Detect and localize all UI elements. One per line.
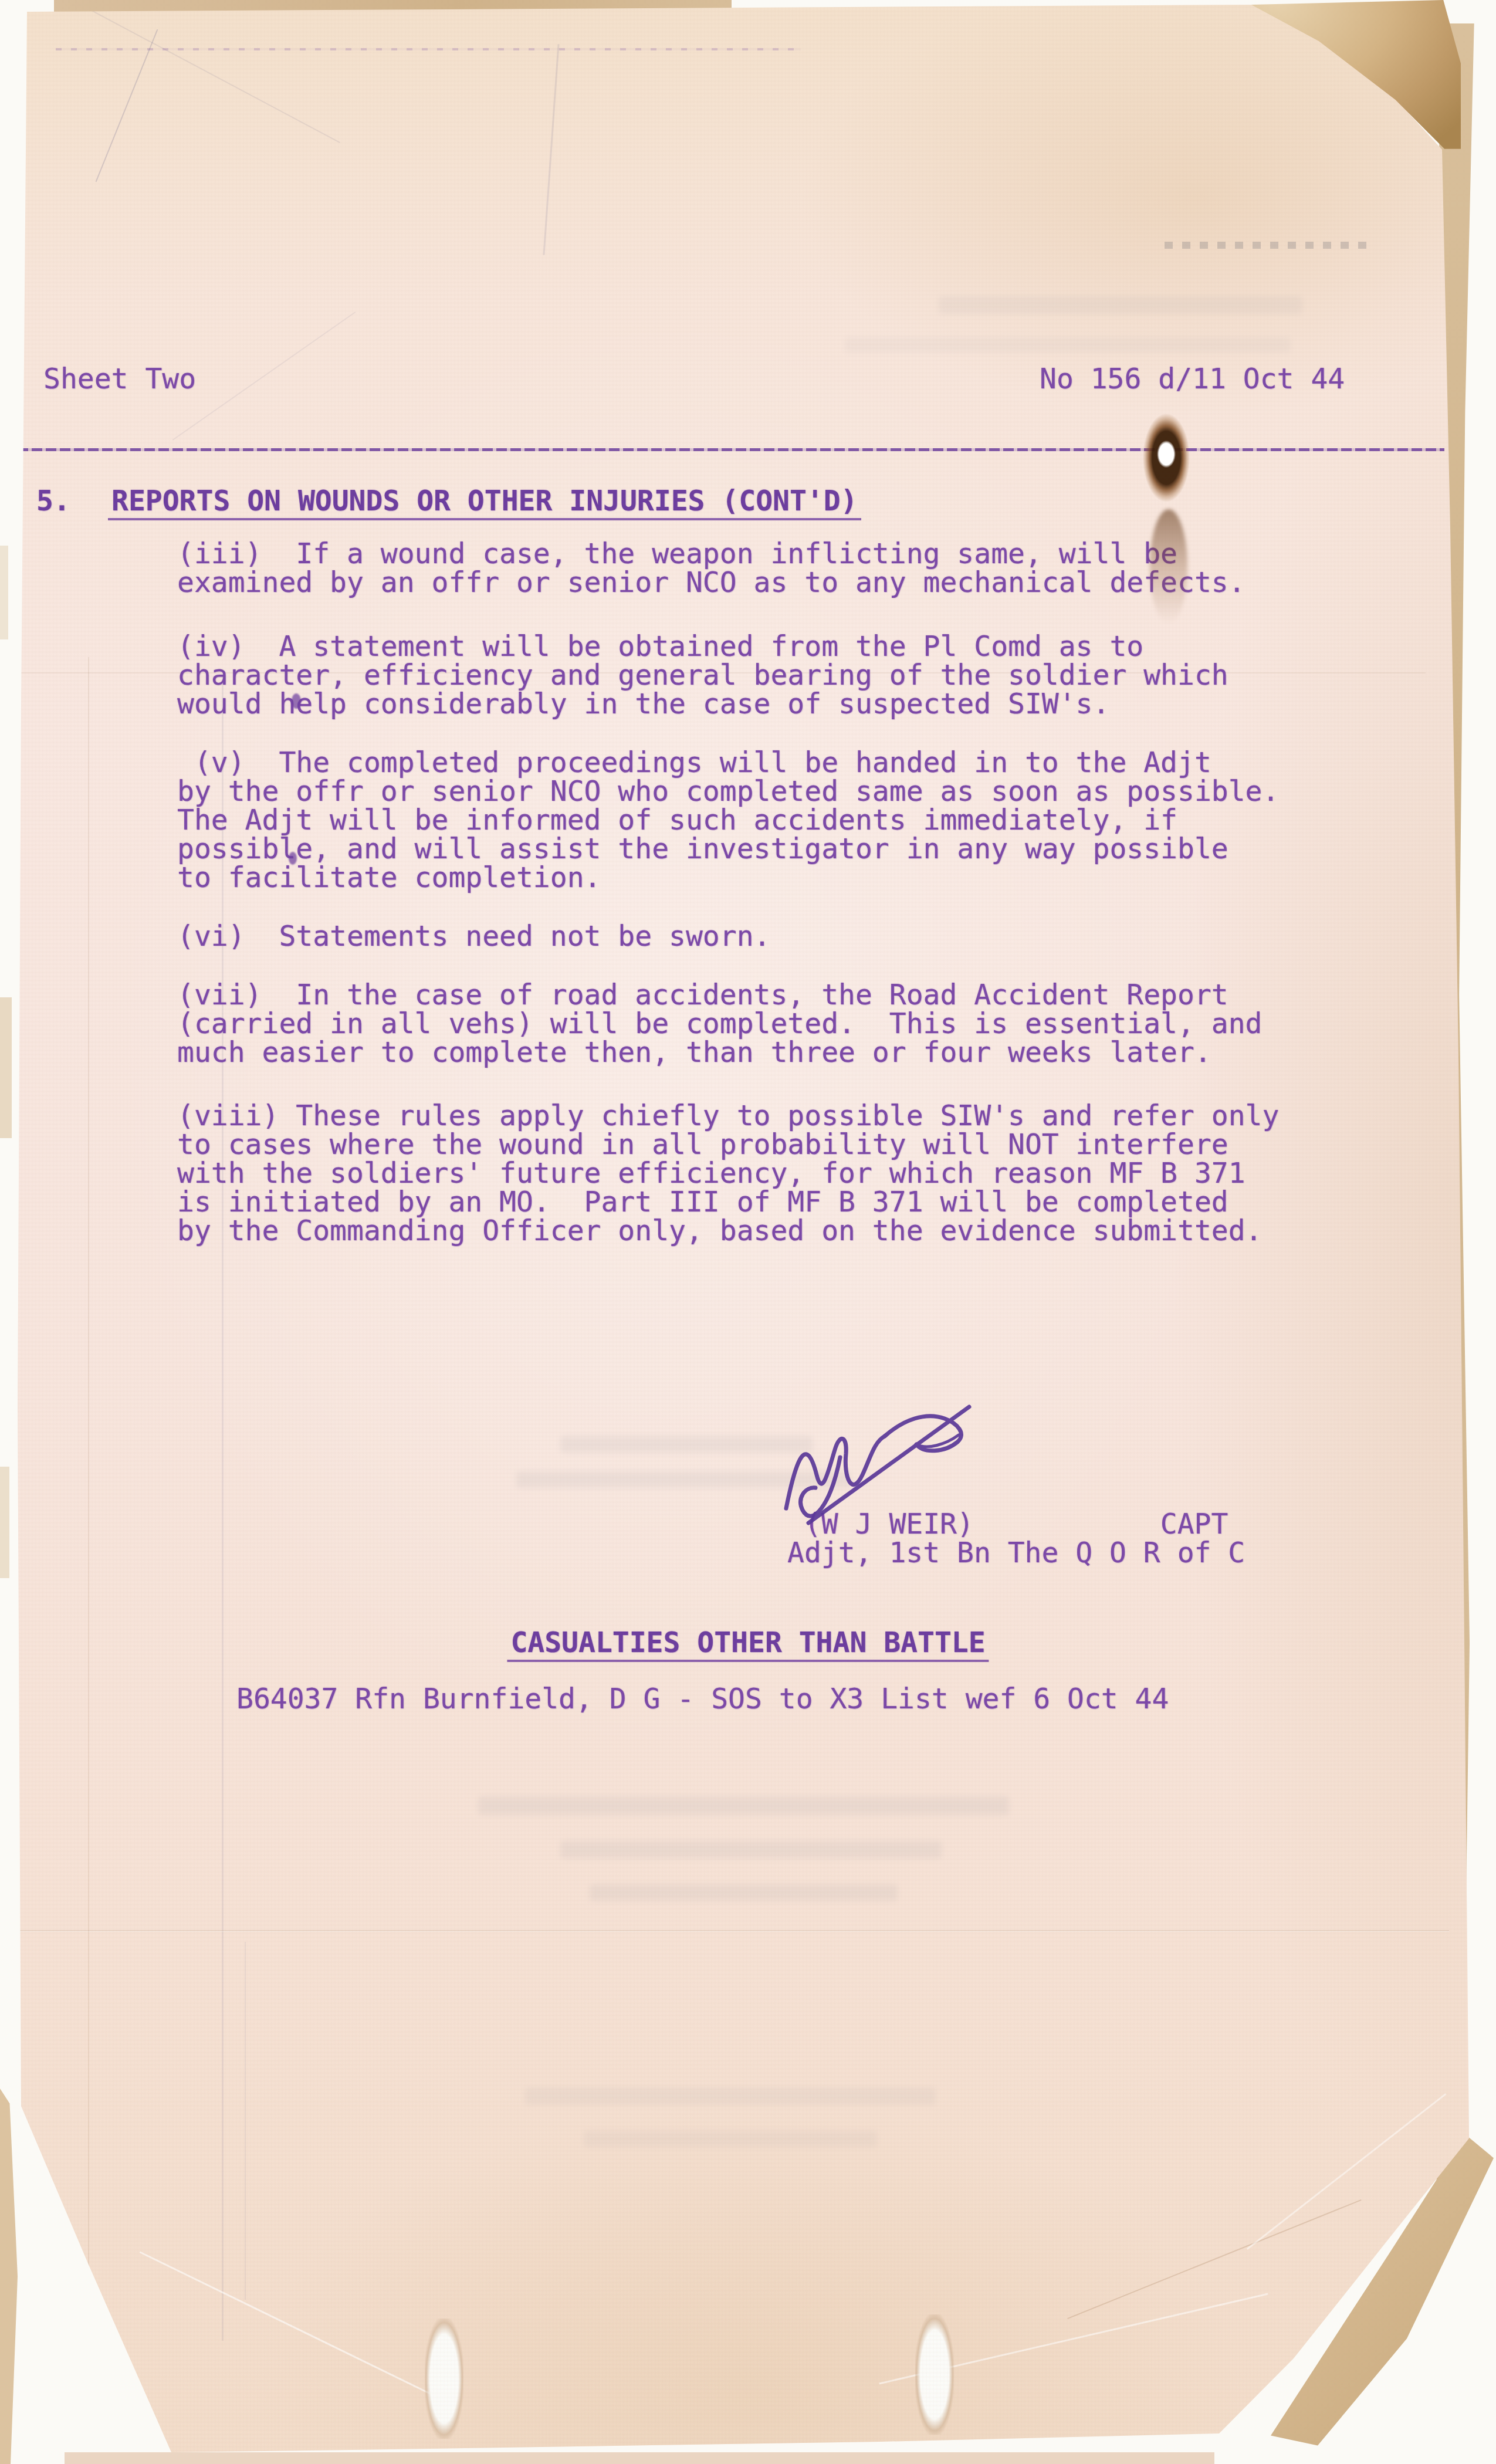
scorch-streak	[1150, 509, 1187, 624]
bleed-through-text	[584, 2131, 877, 2147]
vertical-crease	[88, 657, 89, 2441]
typed-rule-line	[18, 448, 1444, 451]
paragraph-vi: (vi) Statements need not be sworn.	[177, 922, 770, 951]
wrinkle	[1067, 2199, 1361, 2319]
pencil-scratch	[172, 312, 356, 441]
under-sheet-sliver-left-3	[0, 1467, 9, 1578]
paper-sheet: Sheet Two No 156 d/11 Oct 44 5. REPORTS …	[0, 0, 1496, 2464]
paragraph-vii: (vii) In the case of road accidents, the…	[177, 981, 1263, 1067]
under-sheet-sliver-left-2	[0, 997, 12, 1138]
paragraph-v: (v) The completed proceedings will be ha…	[177, 749, 1279, 892]
vertical-crease-line	[245, 1942, 246, 2300]
pencil-mark	[543, 44, 559, 255]
bleed-through-dots	[1165, 242, 1376, 249]
burn-hole	[1137, 404, 1196, 524]
under-sheet-edge-bottom	[65, 2452, 1214, 2464]
scanned-document-page: { "colors": { "ink": "#7b48a8", "ink_dar…	[0, 0, 1496, 2464]
horizontal-crease	[18, 1930, 1449, 1932]
bleed-through-text	[560, 1841, 942, 1859]
bleed-through-text	[845, 337, 1291, 353]
bleed-through-text	[590, 1884, 898, 1901]
under-sheet-sliver-left-4	[0, 546, 8, 639]
under-sheet-sliver-left-1	[0, 2089, 18, 2464]
ref-number: No 156 d/11 Oct 44	[1040, 365, 1345, 394]
signature-handwritten	[770, 1388, 1022, 1532]
bleed-through-text	[939, 296, 1302, 314]
paragraph-viii: (viii) These rules apply chiefly to poss…	[177, 1102, 1279, 1245]
bleed-through-text	[478, 1796, 1009, 1815]
ink-blot	[289, 852, 297, 865]
punch-hole-right	[915, 2314, 954, 2435]
casualties-heading: CASUALTIES OTHER THAN BATTLE	[507, 1629, 989, 1662]
paragraph-iii: (iii) If a wound case, the weapon inflic…	[177, 540, 1245, 597]
sheet-label: Sheet Two	[43, 365, 196, 394]
section-number: 5.	[36, 487, 70, 516]
ink-blot	[292, 693, 301, 709]
casualty-entry: B64037 Rfn Burnfield, D G - SOS to X3 Li…	[236, 1685, 1169, 1714]
paragraph-iv: (iv) A statement will be obtained from t…	[177, 632, 1228, 719]
wrinkle	[140, 2251, 436, 2397]
bleed-through-text	[525, 2087, 936, 2105]
pencil-scratch	[70, 0, 340, 143]
pencil-mark	[96, 29, 158, 182]
section-heading: REPORTS ON WOUNDS OR OTHER INJURIES (CON…	[108, 487, 861, 520]
punch-hole-left	[425, 2319, 463, 2439]
